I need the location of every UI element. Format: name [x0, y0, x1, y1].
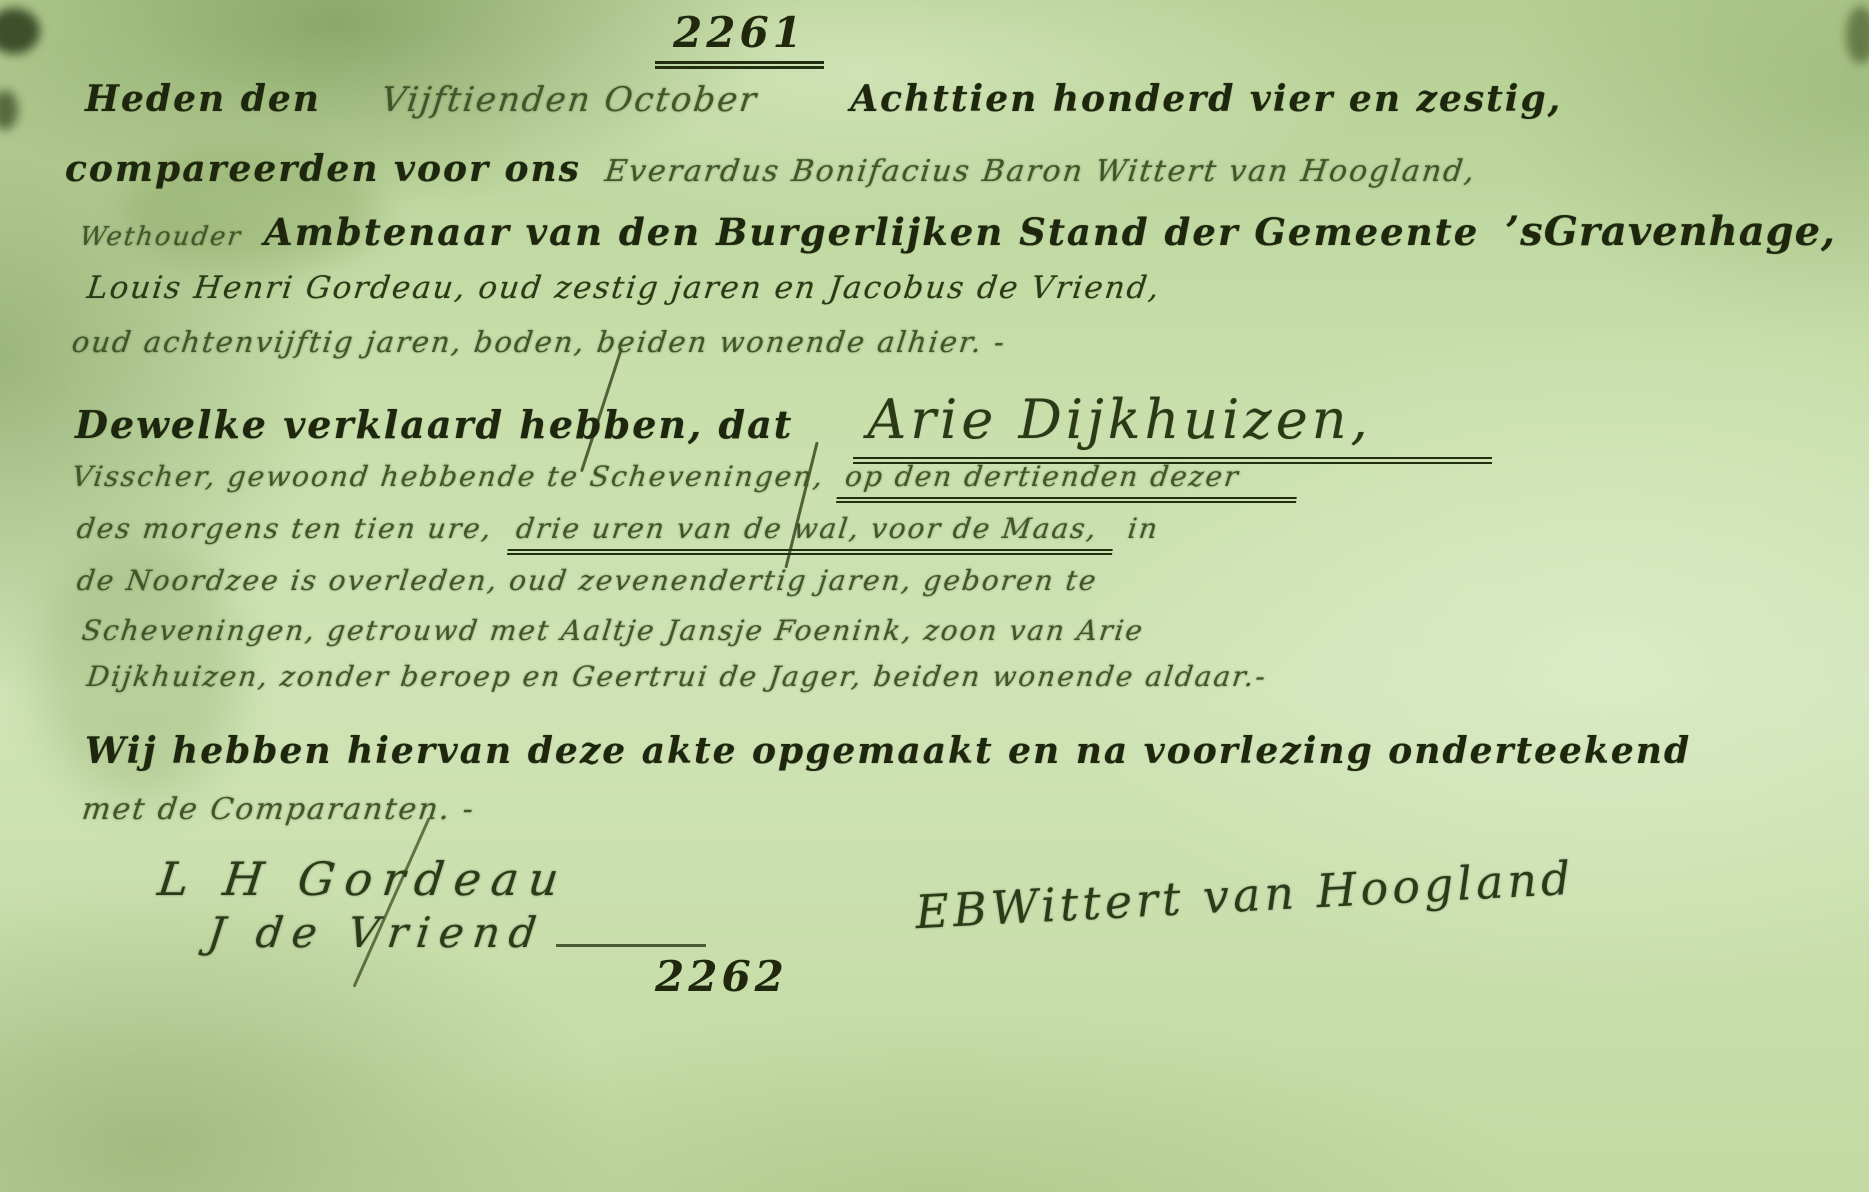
declaration-phrase: Dewelke verklaard hebben, dat [75, 402, 793, 447]
signature-row-official: EBWittert van Hoogland [914, 851, 1576, 939]
parents-details: Dijkhuizen, zonder beroep en Geertrui de… [85, 660, 1269, 693]
act-line-10: Scheveningen, getrouwd met Aaltje Jansje… [80, 614, 1142, 647]
municipality-name: ’sGravenhage, [1505, 208, 1836, 255]
act-line-13: met de Comparanten. - [80, 792, 473, 827]
record-number-bottom: 2262 [655, 952, 788, 1001]
act-line-3: Wethouder Ambtenaar van den Burgerlijken… [78, 208, 1836, 255]
deceased-name: Arie Dijkhuizen, [853, 388, 1491, 464]
act-line-8-post: in [1126, 512, 1161, 545]
act-line-11: Dijkhuizen, zonder beroep en Geertrui de… [85, 660, 1265, 693]
record-number-bottom-row: 2262 [655, 952, 788, 1001]
act-line-4: Louis Henri Gordeau, oud zestig jaren en… [85, 270, 1158, 306]
signature-row-1: L H Gordeau [155, 852, 565, 906]
record-number-top-row: 2261 [655, 8, 824, 69]
death-place-age: de Noordzee is overleden, oud zevenender… [75, 564, 1100, 597]
death-time: des morgens ten tien ure, [75, 512, 495, 545]
record-number-top: 2261 [655, 8, 824, 69]
signature-flourish-line [556, 944, 706, 947]
registrar-role: Wethouder [78, 222, 244, 252]
closing-comparanten: met de Comparanten. - [80, 792, 477, 827]
act-line-6: Dewelke verklaard hebben, dat Arie Dijkh… [75, 388, 1492, 464]
act-line-2-pre: compareerden voor ons [65, 148, 581, 190]
act-line-12: Wij hebben hiervan deze akte opgemaakt e… [85, 730, 1691, 772]
death-record-scan: 2261 Heden den Vijftienden October Achtt… [0, 0, 1869, 1192]
signature-official: EBWittert van Hoogland [914, 851, 1576, 939]
witnesses-names: Louis Henri Gordeau, oud zestig jaren en… [85, 270, 1163, 306]
closing-statement: Wij hebben hiervan deze akte opgemaakt e… [85, 730, 1691, 772]
signature-witness-2: J de Vriend [205, 908, 548, 957]
ink-blot [0, 8, 40, 54]
death-date-year: Achttien honderd vier en zestig, [850, 78, 1562, 120]
act-line-7: Visscher, gewoond hebbende te Schevening… [70, 460, 1297, 503]
death-day-underlined: op den dertienden dezer [836, 460, 1302, 503]
act-line-9: de Noordzee is overleden, oud zevenender… [75, 564, 1096, 597]
act-line-1-pre: Heden den [85, 78, 321, 120]
signature-row-2: J de Vriend [205, 908, 706, 957]
act-line-8: des morgens ten tien ure, drie uren van … [75, 512, 1157, 555]
act-line-2: compareerden voor ons Everardus Bonifaci… [65, 148, 1474, 190]
act-line-1: Heden den Vijftienden October Achttien h… [85, 78, 1562, 120]
ink-blot [1846, 6, 1869, 64]
witnesses-details: oud achtenvijftig jaren, boden, beiden w… [70, 325, 1008, 359]
death-location-underlined: drie uren van de wal, voor de Maas, [507, 512, 1118, 555]
registrar-name: Everardus Bonifacius Baron Wittert van H… [603, 154, 1478, 189]
ink-blot [0, 90, 18, 130]
deceased-occupation-residence: Visscher, gewoond hebbende te Schevening… [70, 460, 826, 493]
act-line-5: oud achtenvijftig jaren, boden, beiden w… [70, 325, 1004, 359]
signature-witness-1: L H Gordeau [155, 852, 572, 906]
spouse-and-parents: Scheveningen, getrouwd met Aaltje Jansje… [80, 614, 1146, 647]
death-date-day-month: Vijftienden October [379, 80, 760, 120]
registrar-title: Ambtenaar van den Burgerlijken Stand der… [264, 210, 1479, 254]
